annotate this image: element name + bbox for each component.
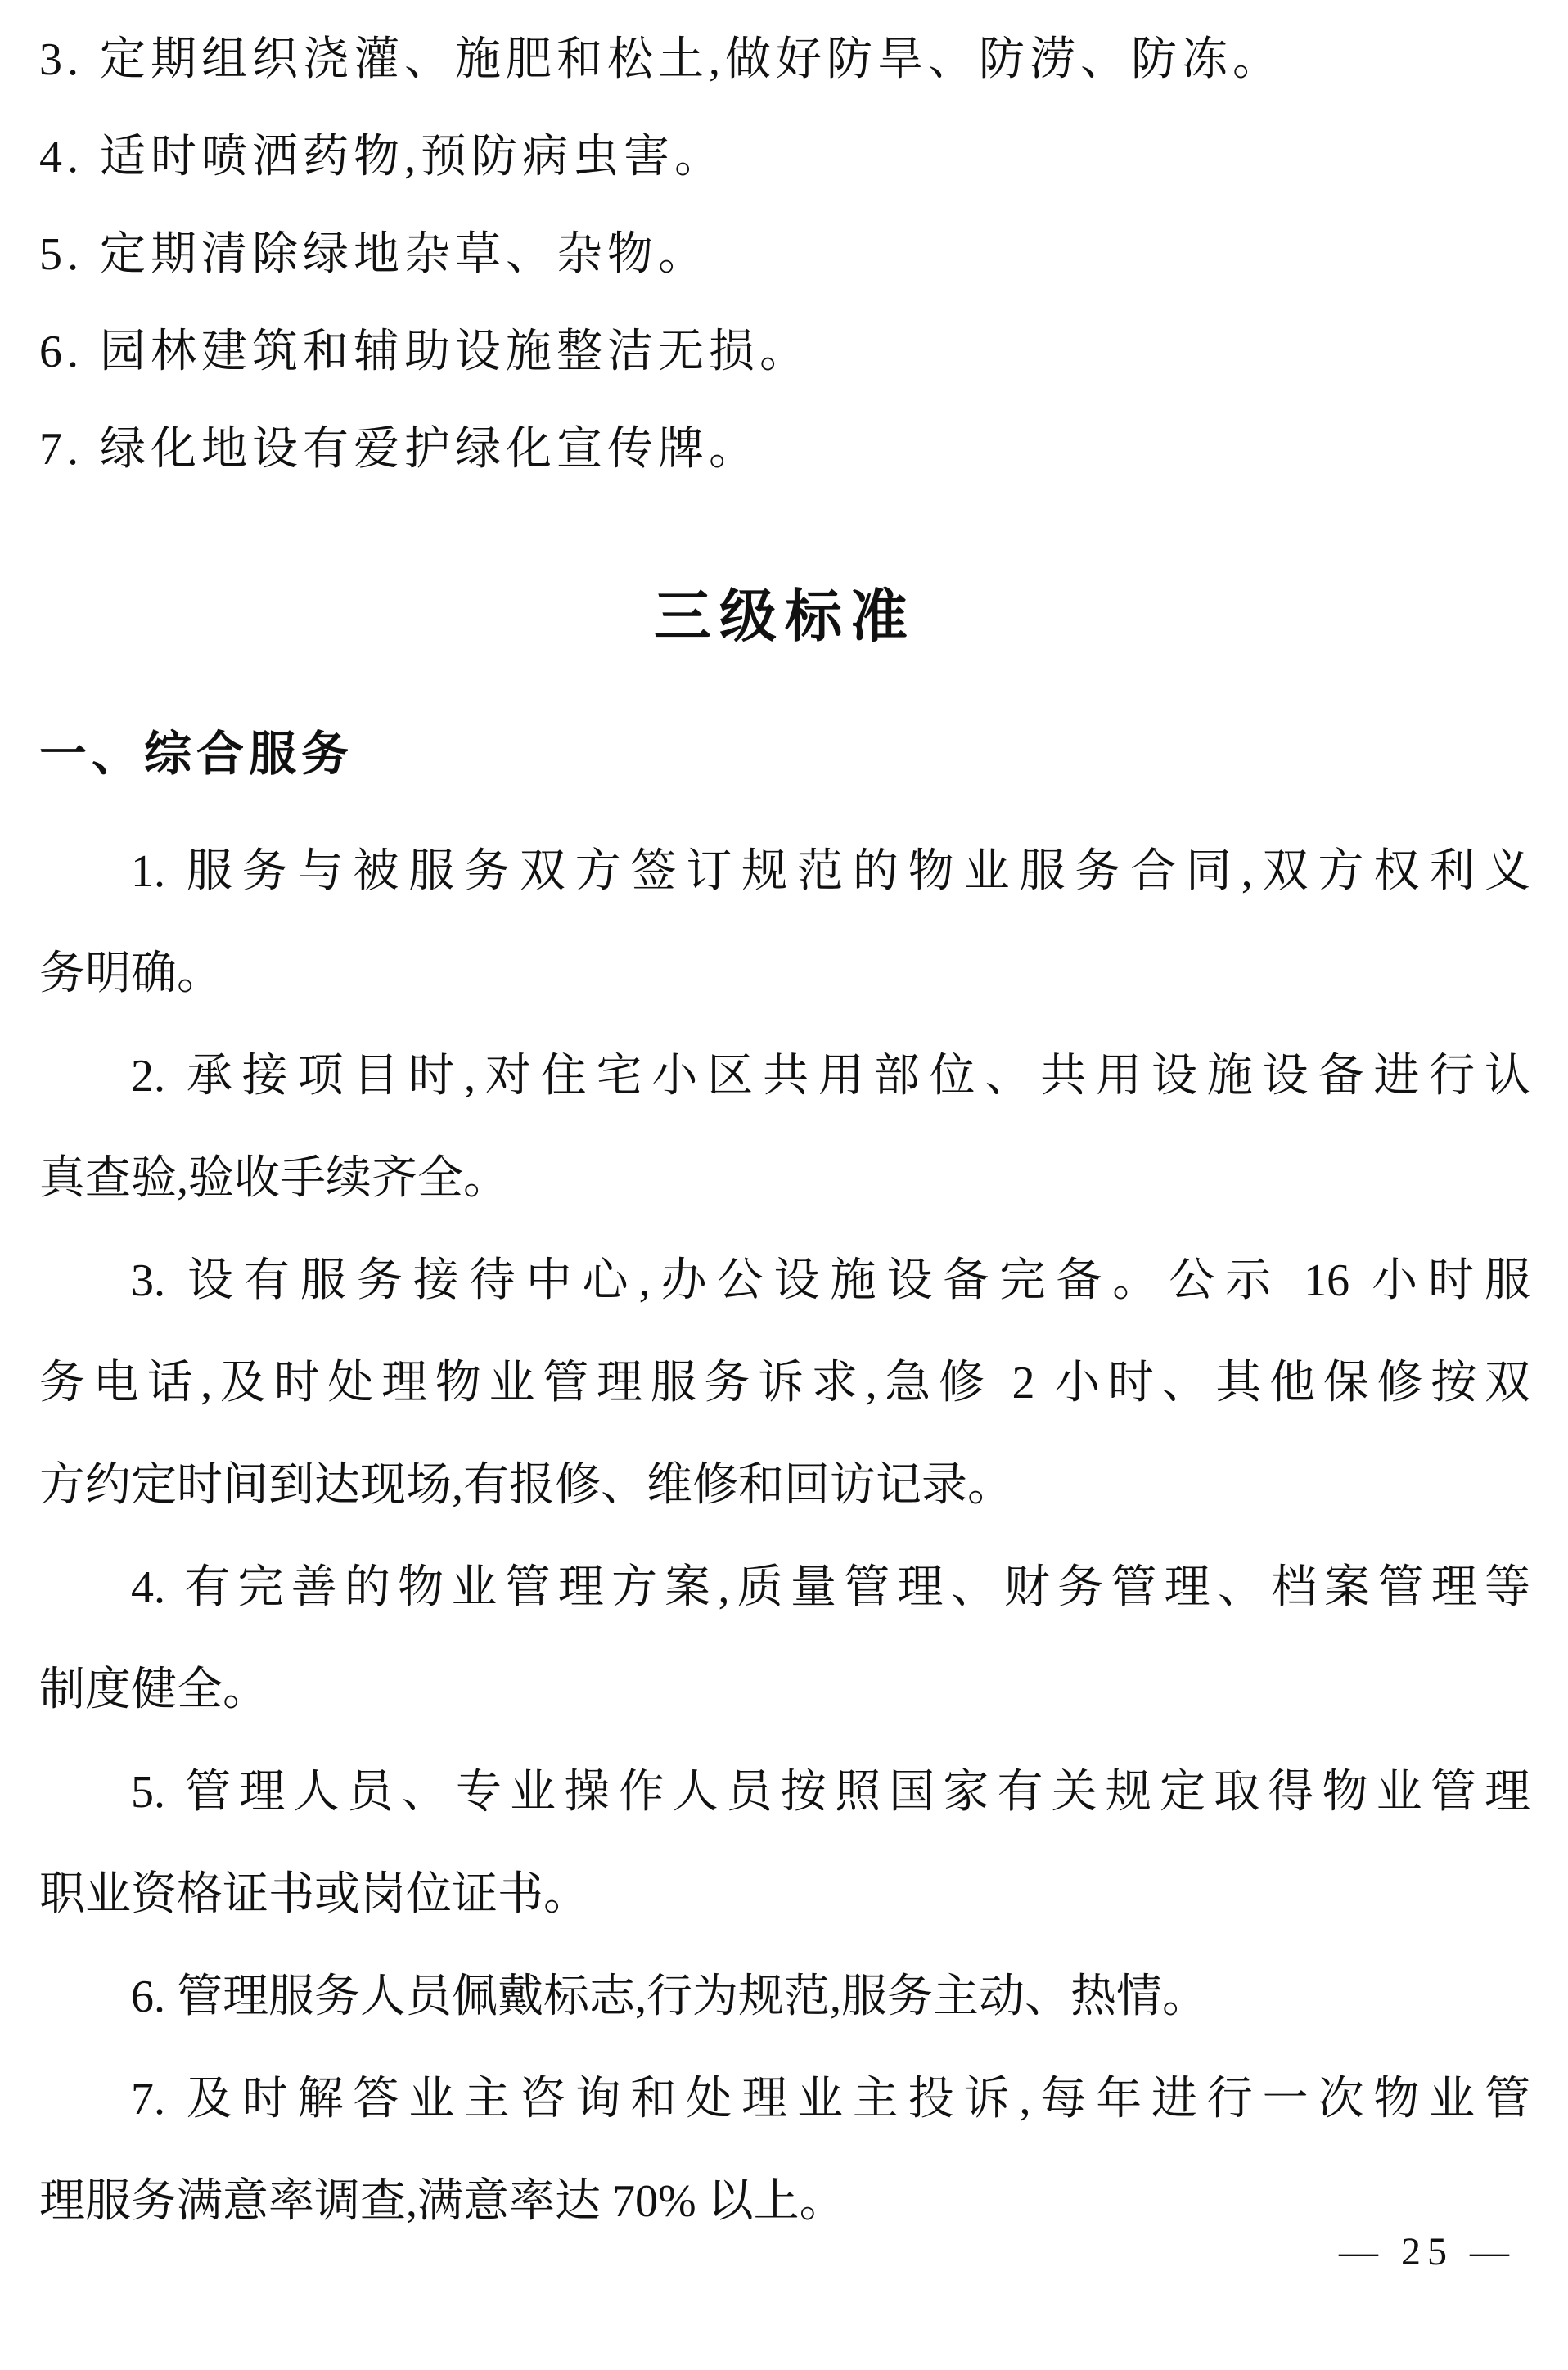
paragraph-line: 真查验,验收手续齐全。: [39, 1128, 1530, 1230]
paragraph-line: 2. 承接项目时,对住宅小区共用部位、共用设施设备进行认: [39, 1025, 1530, 1128]
paragraph-line: 1. 服务与被服务双方签订规范的物业服务合同,双方权利义: [39, 821, 1530, 923]
paragraph-line: 务电话,及时处理物业管理服务诉求,急修 2 小时、其他保修按双: [39, 1332, 1530, 1435]
page-number: — 25 —: [1339, 2228, 1516, 2277]
subsection-title: 一、综合服务: [39, 726, 1530, 783]
paragraph-line: 5. 管理人员、专业操作人员按照国家有关规定取得物业管理: [39, 1741, 1530, 1844]
paragraph-line: 6. 管理服务人员佩戴标志,行为规范,服务主动、热情。: [39, 1946, 1530, 2048]
paragraph-line: 制度健全。: [39, 1639, 1530, 1741]
list-item: 7. 绿化地设有爱护绿化宣传牌。: [39, 401, 1530, 498]
section-title: 三级标准: [39, 577, 1530, 656]
document-page: 3. 定期组织浇灌、施肥和松土,做好防旱、防涝、防冻。 4. 适时喷洒药物,预防…: [0, 0, 1568, 2370]
list-item: 4. 适时喷洒药物,预防病虫害。: [39, 109, 1530, 206]
intro-list: 3. 定期组织浇灌、施肥和松土,做好防旱、防涝、防冻。 4. 适时喷洒药物,预防…: [39, 11, 1530, 498]
page-content: 3. 定期组织浇灌、施肥和松土,做好防旱、防涝、防冻。 4. 适时喷洒药物,预防…: [0, 0, 1568, 2253]
paragraph-line: 理服务满意率调查,满意率达 70% 以上。: [39, 2151, 1530, 2253]
paragraph-line: 7. 及时解答业主咨询和处理业主投诉,每年进行一次物业管: [39, 2048, 1530, 2151]
paragraph-line: 4. 有完善的物业管理方案,质量管理、财务管理、档案管理等: [39, 1537, 1530, 1639]
paragraphs: 1. 服务与被服务双方签订规范的物业服务合同,双方权利义 务明确。 2. 承接项…: [39, 821, 1530, 2253]
paragraph-line: 职业资格证书或岗位证书。: [39, 1844, 1530, 1946]
list-item: 6. 园林建筑和辅助设施整洁无损。: [39, 304, 1530, 401]
list-item: 3. 定期组织浇灌、施肥和松土,做好防旱、防涝、防冻。: [39, 11, 1530, 109]
paragraph-line: 方约定时间到达现场,有报修、维修和回访记录。: [39, 1435, 1530, 1537]
paragraph-line: 务明确。: [39, 923, 1530, 1025]
paragraph-line: 3. 设有服务接待中心,办公设施设备完备。公示 16 小时服: [39, 1230, 1530, 1332]
list-item: 5. 定期清除绿地杂草、杂物。: [39, 206, 1530, 304]
